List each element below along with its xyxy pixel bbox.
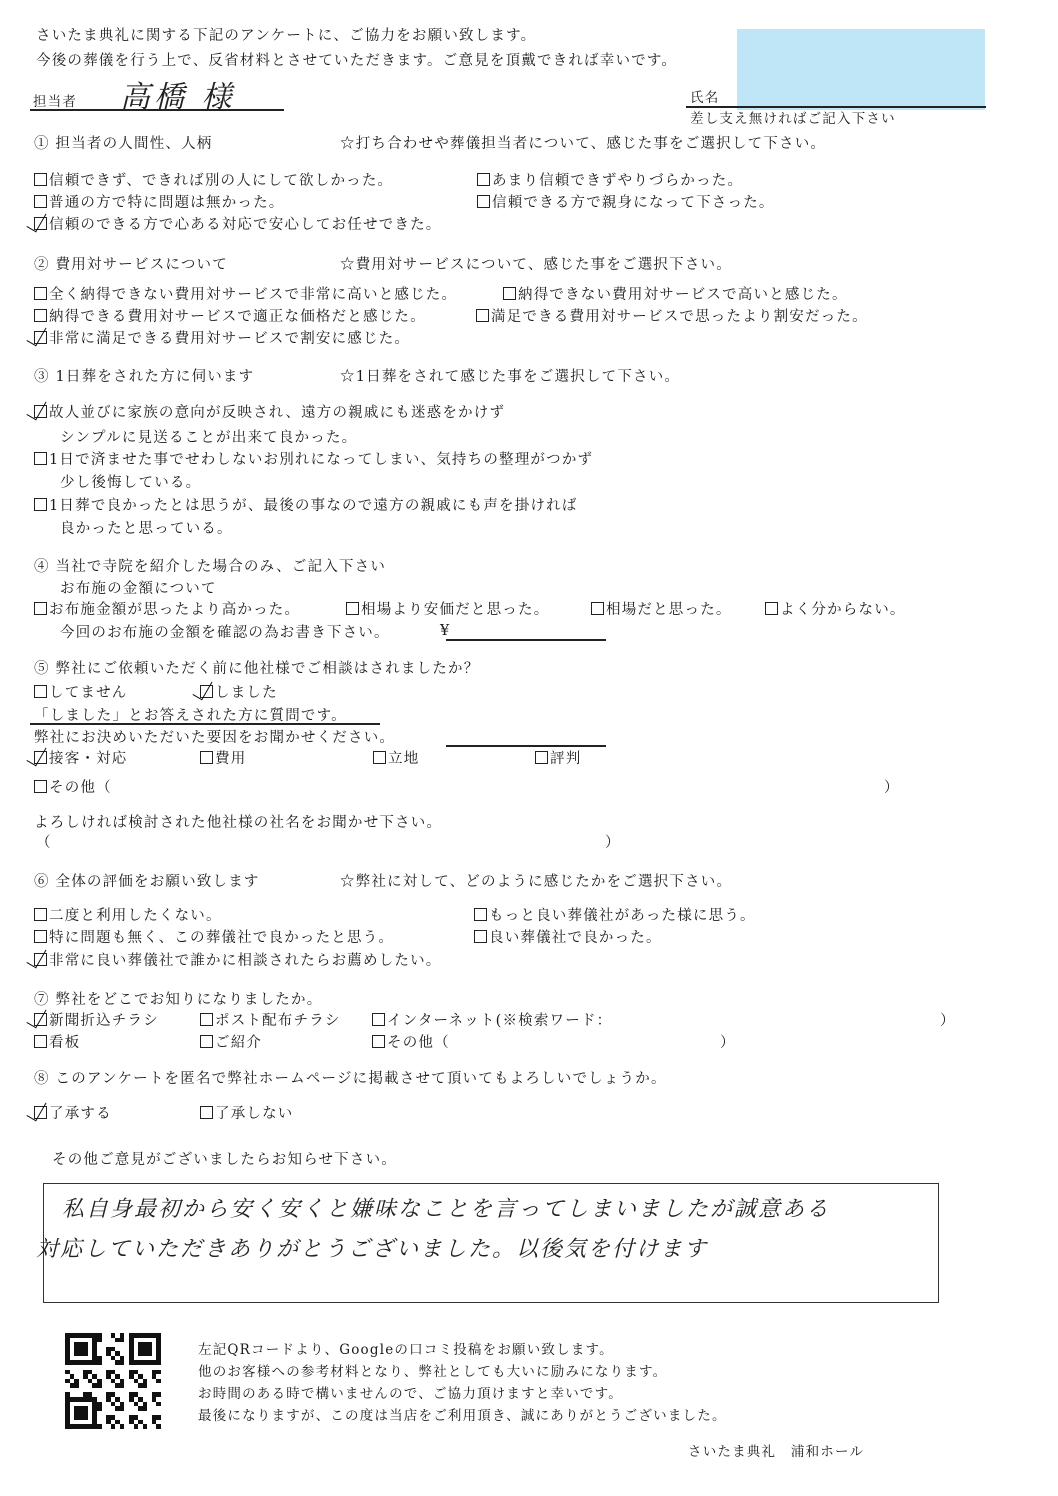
amount-field[interactable] — [446, 639, 606, 641]
checkbox[interactable] — [591, 602, 604, 615]
q5-reason-1[interactable]: 接客・対応 — [34, 750, 128, 768]
footer-line-3: お時間のある時で構いませんので、ご協力頂けますと幸いです。 — [198, 1385, 623, 1403]
q5-option-no[interactable]: してません — [34, 684, 128, 702]
checkbox[interactable] — [34, 602, 47, 615]
q3-option-3-cont: 良かったと思っている。 — [60, 520, 233, 538]
q2-title: ② 費用対サービスについて — [34, 256, 228, 274]
q3-option-2[interactable]: 1日で済ませた事でせわしないお別れになってしまい、気持ちの整理がつかず — [34, 451, 593, 469]
name-note: 差し支え無ければご記入下さい — [690, 110, 896, 128]
checkbox-checked[interactable] — [34, 1106, 47, 1119]
q4-option-4[interactable]: よく分からない。 — [765, 601, 906, 619]
q6-option-2[interactable]: もっと良い葬儀社があった様に思う。 — [474, 907, 756, 925]
checkbox[interactable] — [34, 908, 47, 921]
q2-option-3[interactable]: 納得できる費用対サービスで適正な価格だと感じた。 — [34, 308, 426, 326]
checkbox-checked[interactable] — [200, 685, 213, 698]
company-open-paren: （ — [36, 834, 52, 852]
q4-option-3[interactable]: 相場だと思った。 — [591, 601, 732, 619]
checkbox-checked[interactable] — [34, 331, 47, 344]
q5-reason-3[interactable]: 立地 — [373, 750, 419, 768]
checkbox[interactable] — [474, 930, 487, 943]
checkbox[interactable] — [372, 1013, 385, 1026]
checkbox[interactable] — [474, 908, 487, 921]
checkbox[interactable] — [346, 602, 359, 615]
q7-option-2[interactable]: ポスト配布チラシ — [200, 1012, 341, 1030]
q2-prompt: ☆費用対サービスについて、感じた事をご選択下さい。 — [340, 256, 732, 274]
q8-title: ⑧ このアンケートを匿名で弊社ホームページに掲載させて頂いてもよろしいでしょうか… — [34, 1070, 667, 1088]
q1-option-2[interactable]: あまり信頼できずやりづらかった。 — [477, 172, 743, 190]
footer-line-1: 左記QRコードより、Googleの口コミ投稿をお願い致します。 — [198, 1341, 614, 1359]
q5-company-prompt: よろしければ検討された他社様の社名をお聞かせ下さい。 — [34, 814, 442, 832]
checkbox-checked[interactable] — [34, 1013, 47, 1026]
checkbox[interactable] — [477, 173, 490, 186]
checkbox[interactable] — [200, 1013, 213, 1026]
checkbox[interactable] — [200, 1106, 213, 1119]
q3-prompt: ☆1日葬をされて感じた事をご選択して下さい。 — [340, 368, 680, 386]
checkbox[interactable] — [34, 195, 47, 208]
q6-title: ⑥ 全体の評価をお願い致します — [34, 873, 260, 891]
name-label: 氏名 — [690, 89, 719, 107]
q8-option-1[interactable]: 了承する — [34, 1105, 112, 1123]
yen-sign: ¥ — [440, 622, 450, 640]
checkbox-checked[interactable] — [34, 217, 47, 230]
q7-option-6[interactable]: その他（ — [372, 1034, 450, 1052]
q6-option-4[interactable]: 良い葬儀社で良かった。 — [474, 929, 662, 947]
footer-line-2: 他のお客様への参考材料となり、弊社としても大いに励みになります。 — [198, 1363, 667, 1381]
footer-signature: さいたま典礼 浦和ホール — [688, 1443, 864, 1461]
q3-title: ③ 1日葬をされた方に伺います — [34, 368, 254, 386]
intro-line-1: さいたま典礼に関する下記のアンケートに、ご協力をお願い致します。 — [36, 27, 536, 45]
name-redaction-mask — [737, 29, 985, 110]
checkbox-checked[interactable] — [34, 953, 47, 966]
q4-option-1[interactable]: お布施金額が思ったより高かった。 — [34, 601, 300, 619]
q8-option-2[interactable]: 了承しない — [200, 1105, 294, 1123]
q6-prompt: ☆弊社に対して、どのように感じたかをご選択下さい。 — [340, 873, 732, 891]
checkbox[interactable] — [34, 173, 47, 186]
q4-subtitle: お布施の金額について — [60, 580, 217, 598]
q2-option-1[interactable]: 全く納得できない費用対サービスで非常に高いと感じた。 — [34, 286, 457, 304]
checkbox[interactable] — [373, 751, 386, 764]
company-close-paren: ） — [605, 834, 621, 852]
q7-title: ⑦ 弊社をどこでお知りになりましたか。 — [34, 991, 322, 1009]
checkbox[interactable] — [34, 930, 47, 943]
q7-search-close-paren: ） — [940, 1012, 956, 1030]
followup-underline — [30, 723, 380, 725]
q6-option-5[interactable]: 非常に良い葬儀社で誰かに相談されたらお薦めしたい。 — [34, 952, 442, 970]
q2-option-2[interactable]: 納得できない費用対サービスで高いと感じた。 — [503, 286, 848, 304]
qr-code-icon[interactable] — [65, 1333, 161, 1429]
name-field[interactable] — [686, 106, 986, 108]
checkbox[interactable] — [34, 498, 47, 511]
checkbox[interactable] — [200, 1035, 213, 1048]
q2-option-4[interactable]: 満足できる費用対サービスで思ったより割安だった。 — [476, 308, 868, 326]
q5-option-yes[interactable]: しました — [200, 684, 278, 702]
checkbox[interactable] — [476, 309, 489, 322]
q5-title: ⑤ 弊社にご依頼いただく前に他社様でご相談はされましたか？ — [34, 660, 479, 678]
q3-option-1[interactable]: 故人並びに家族の意向が反映され、遠方の親戚にも迷惑をかけず — [34, 404, 505, 422]
checkbox[interactable] — [34, 287, 47, 300]
comment-handwritten-line-2: 対応していただきありがとうございました。以後気を付けます — [36, 1232, 708, 1263]
checkbox[interactable] — [34, 309, 47, 322]
checkbox[interactable] — [34, 452, 47, 465]
q3-option-3[interactable]: 1日葬で良かったとは思うが、最後の事なので遠方の親戚にも声を掛ければ — [34, 497, 578, 515]
q5-other-close: ） — [884, 779, 900, 797]
q7-option-5[interactable]: ご紹介 — [200, 1034, 262, 1052]
q7-option-1[interactable]: 新聞折込チラシ — [34, 1012, 159, 1030]
q3-option-1-cont: シンプルに見送ることが出来て良かった。 — [60, 429, 357, 447]
checkbox-checked[interactable] — [34, 751, 47, 764]
q7-option-4[interactable]: 看板 — [34, 1034, 80, 1052]
q1-option-1[interactable]: 信頼できず、できれば別の人にして欲しかった。 — [34, 172, 393, 190]
q7-other-close-paren: ） — [720, 1034, 736, 1052]
q6-option-3[interactable]: 特に問題も無く、この葬儀社で良かったと思う。 — [34, 929, 394, 947]
checkbox[interactable] — [200, 751, 213, 764]
checkbox-checked[interactable] — [34, 405, 47, 418]
checkbox[interactable] — [765, 602, 778, 615]
checkbox[interactable] — [503, 287, 516, 300]
q4-title: ④ 当社で寺院を紹介した場合のみ、ご記入下さい — [34, 558, 386, 576]
checkbox[interactable] — [535, 751, 548, 764]
q5-followup-prompt: 弊社にお決めいただいた要因をお聞かせください。 — [34, 729, 395, 747]
q5-reason-2[interactable]: 費用 — [200, 750, 246, 768]
q1-title: ① 担当者の人間性、人柄 — [34, 135, 213, 153]
checkbox[interactable] — [34, 685, 47, 698]
comments-prompt: その他ご意見がございましたらお知らせ下さい。 — [52, 1151, 397, 1169]
intro-line-2: 今後の葬儀を行う上で、反省材料とさせていただきます。ご意見を頂戴できれば幸いです… — [36, 52, 677, 70]
q1-option-4[interactable]: 信頼できる方で親身になって下さった。 — [477, 194, 775, 212]
footer-line-4: 最後になりますが、この度は当店をご利用頂き、誠にありがとうございました。 — [198, 1407, 727, 1425]
q7-option-3[interactable]: インターネット(※検索ワード： — [372, 1012, 612, 1030]
q3-option-2-cont: 少し後悔している。 — [60, 474, 201, 492]
q1-option-5[interactable]: 信頼のできる方で心ある対応で安心してお任せできた。 — [34, 216, 442, 234]
checkbox[interactable] — [372, 1035, 385, 1048]
q1-option-3[interactable]: 普通の方で特に問題は無かった。 — [34, 194, 285, 212]
q1-prompt: ☆打ち合わせや葬儀担当者について、感じた事をご選択して下さい。 — [340, 135, 826, 153]
q2-option-5[interactable]: 非常に満足できる費用対サービスで割安に感じた。 — [34, 330, 410, 348]
q5-other[interactable]: その他（ — [34, 779, 112, 797]
checkbox[interactable] — [34, 780, 47, 793]
staff-underline — [30, 109, 284, 111]
q6-option-1[interactable]: 二度と利用したくない。 — [34, 907, 222, 925]
q5-reason-4[interactable]: 評判 — [535, 750, 581, 768]
comment-handwritten-line-1: 私自身最初から安く安くと嫌味なことを言ってしまいましたが誠意ある — [62, 1192, 830, 1223]
followup-line — [446, 745, 606, 747]
q4-amount-prompt: 今回のお布施の金額を確認の為お書き下さい。 — [60, 624, 390, 642]
checkbox[interactable] — [34, 1035, 47, 1048]
checkbox[interactable] — [477, 195, 490, 208]
q4-option-2[interactable]: 相場より安価だと思った。 — [346, 601, 549, 619]
